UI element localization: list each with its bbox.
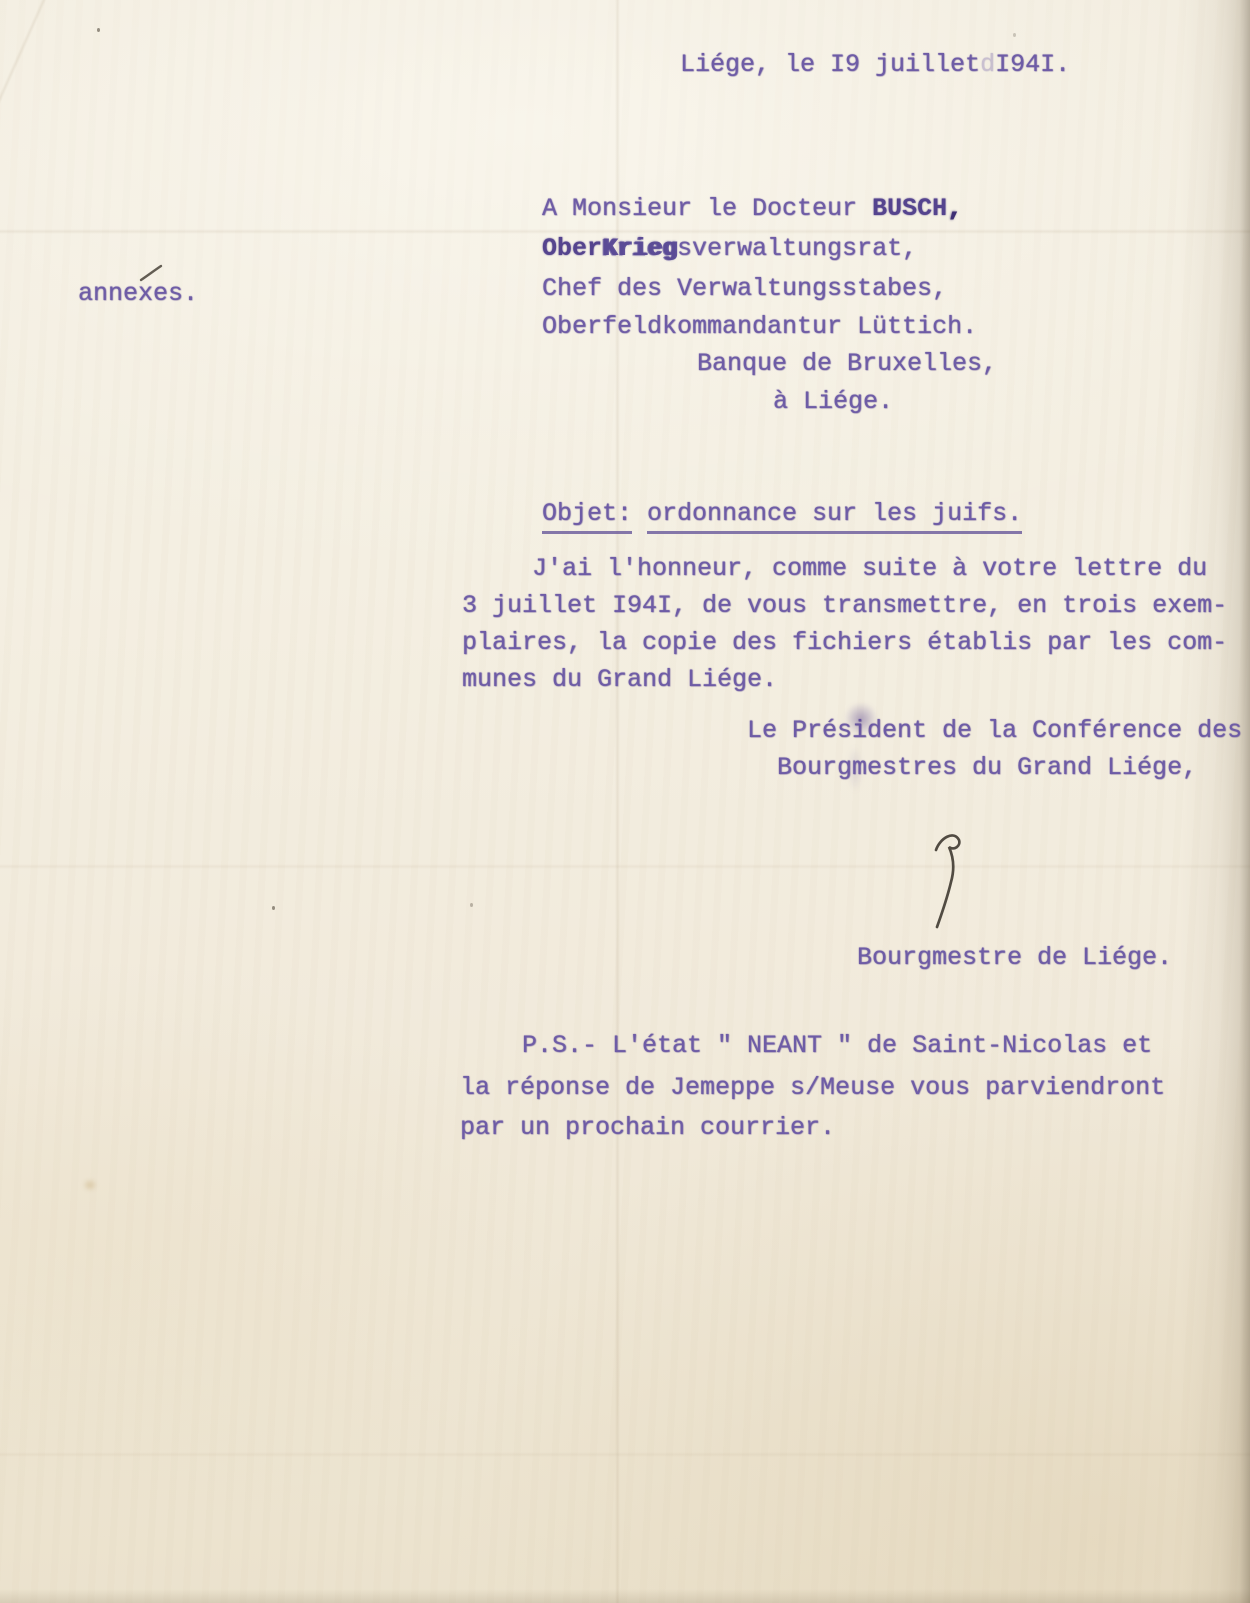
subject-text: ordonnance sur les juifs. [647,499,1022,534]
horizontal-fold-crease-middle [0,864,1250,869]
signature-title-line-1: Le Président de la Conférence des [747,718,1242,743]
corner-crease [0,0,51,163]
address-line-1: A Monsieur le Docteur BUSCH, [542,196,962,221]
paper-speck [272,906,275,910]
paper-stain [80,1176,100,1194]
overstruck-comma: , [947,194,962,223]
handwritten-pen-stroke [900,816,1000,941]
date-ghost-character: d [980,50,995,79]
address-recipient-name: BUSCH [872,194,947,223]
date-line: Liége, le I9 juilletdI94I. [680,52,1070,77]
postscript-line-3: par un prochain courrier. [460,1115,835,1140]
date-year: I94I. [995,50,1070,79]
address-title-rest: sverwaltungsrat, [677,234,917,263]
address-title-part: Ober [542,234,602,263]
address-line-5: Banque de Bruxelles, [697,351,997,376]
scanned-letter-page: Liége, le I9 juilletdI94I. annexes. A Mo… [0,0,1250,1603]
subject-line: Objet:ordonnance sur les juifs. [542,501,1022,526]
ink-smudge-blob [838,696,884,742]
date-text: Liége, le I9 juillet [680,50,980,79]
address-line-4: Oberfeldkommandantur Lüttich. [542,314,977,339]
body-line-3: plaires, la copie des fichiers établis p… [462,630,1227,655]
horizontal-fold-crease-bottom [0,1452,1250,1457]
signature-title-pre: Le Pré [747,716,837,745]
body-line-1: J'ai l'honneur, comme suite à votre lett… [532,556,1207,581]
address-line-2: OberKriegsverwaltungsrat, [542,236,917,261]
signature-title-line-2: Bourgmestres du Grand Liége, [777,755,1197,780]
handwritten-accent-stroke [138,264,164,284]
paper-right-edge-shadow [1180,0,1250,1603]
ink-smudge-smear [846,738,864,800]
paper-speck [97,28,100,32]
address-recipient: A Monsieur le Docteur [542,194,872,223]
postscript-line-1: P.S.- L'état " NEANT " de Saint-Nicolas … [522,1033,1152,1058]
signature-role-line: Bourgmestre de Liége. [857,945,1172,970]
paper-speck [1013,33,1016,37]
body-line-4: munes du Grand Liége. [462,667,777,692]
address-line-6: à Liége. [773,389,893,414]
subject-label: Objet: [542,499,632,534]
margin-note: annexes. [78,281,198,306]
overstruck-text: Krieg [602,234,677,263]
postscript-line-2: la réponse de Jemeppe s/Meuse vous parvi… [460,1075,1165,1100]
signature-title-post: ent de la Conférence des [882,716,1242,745]
paper-bottom-edge-shadow [0,1589,1250,1603]
body-line-2: 3 juillet I94I, de vous transmettre, en … [462,593,1227,618]
address-line-3: Chef des Verwaltungsstabes, [542,276,947,301]
paper-speck [470,903,473,907]
